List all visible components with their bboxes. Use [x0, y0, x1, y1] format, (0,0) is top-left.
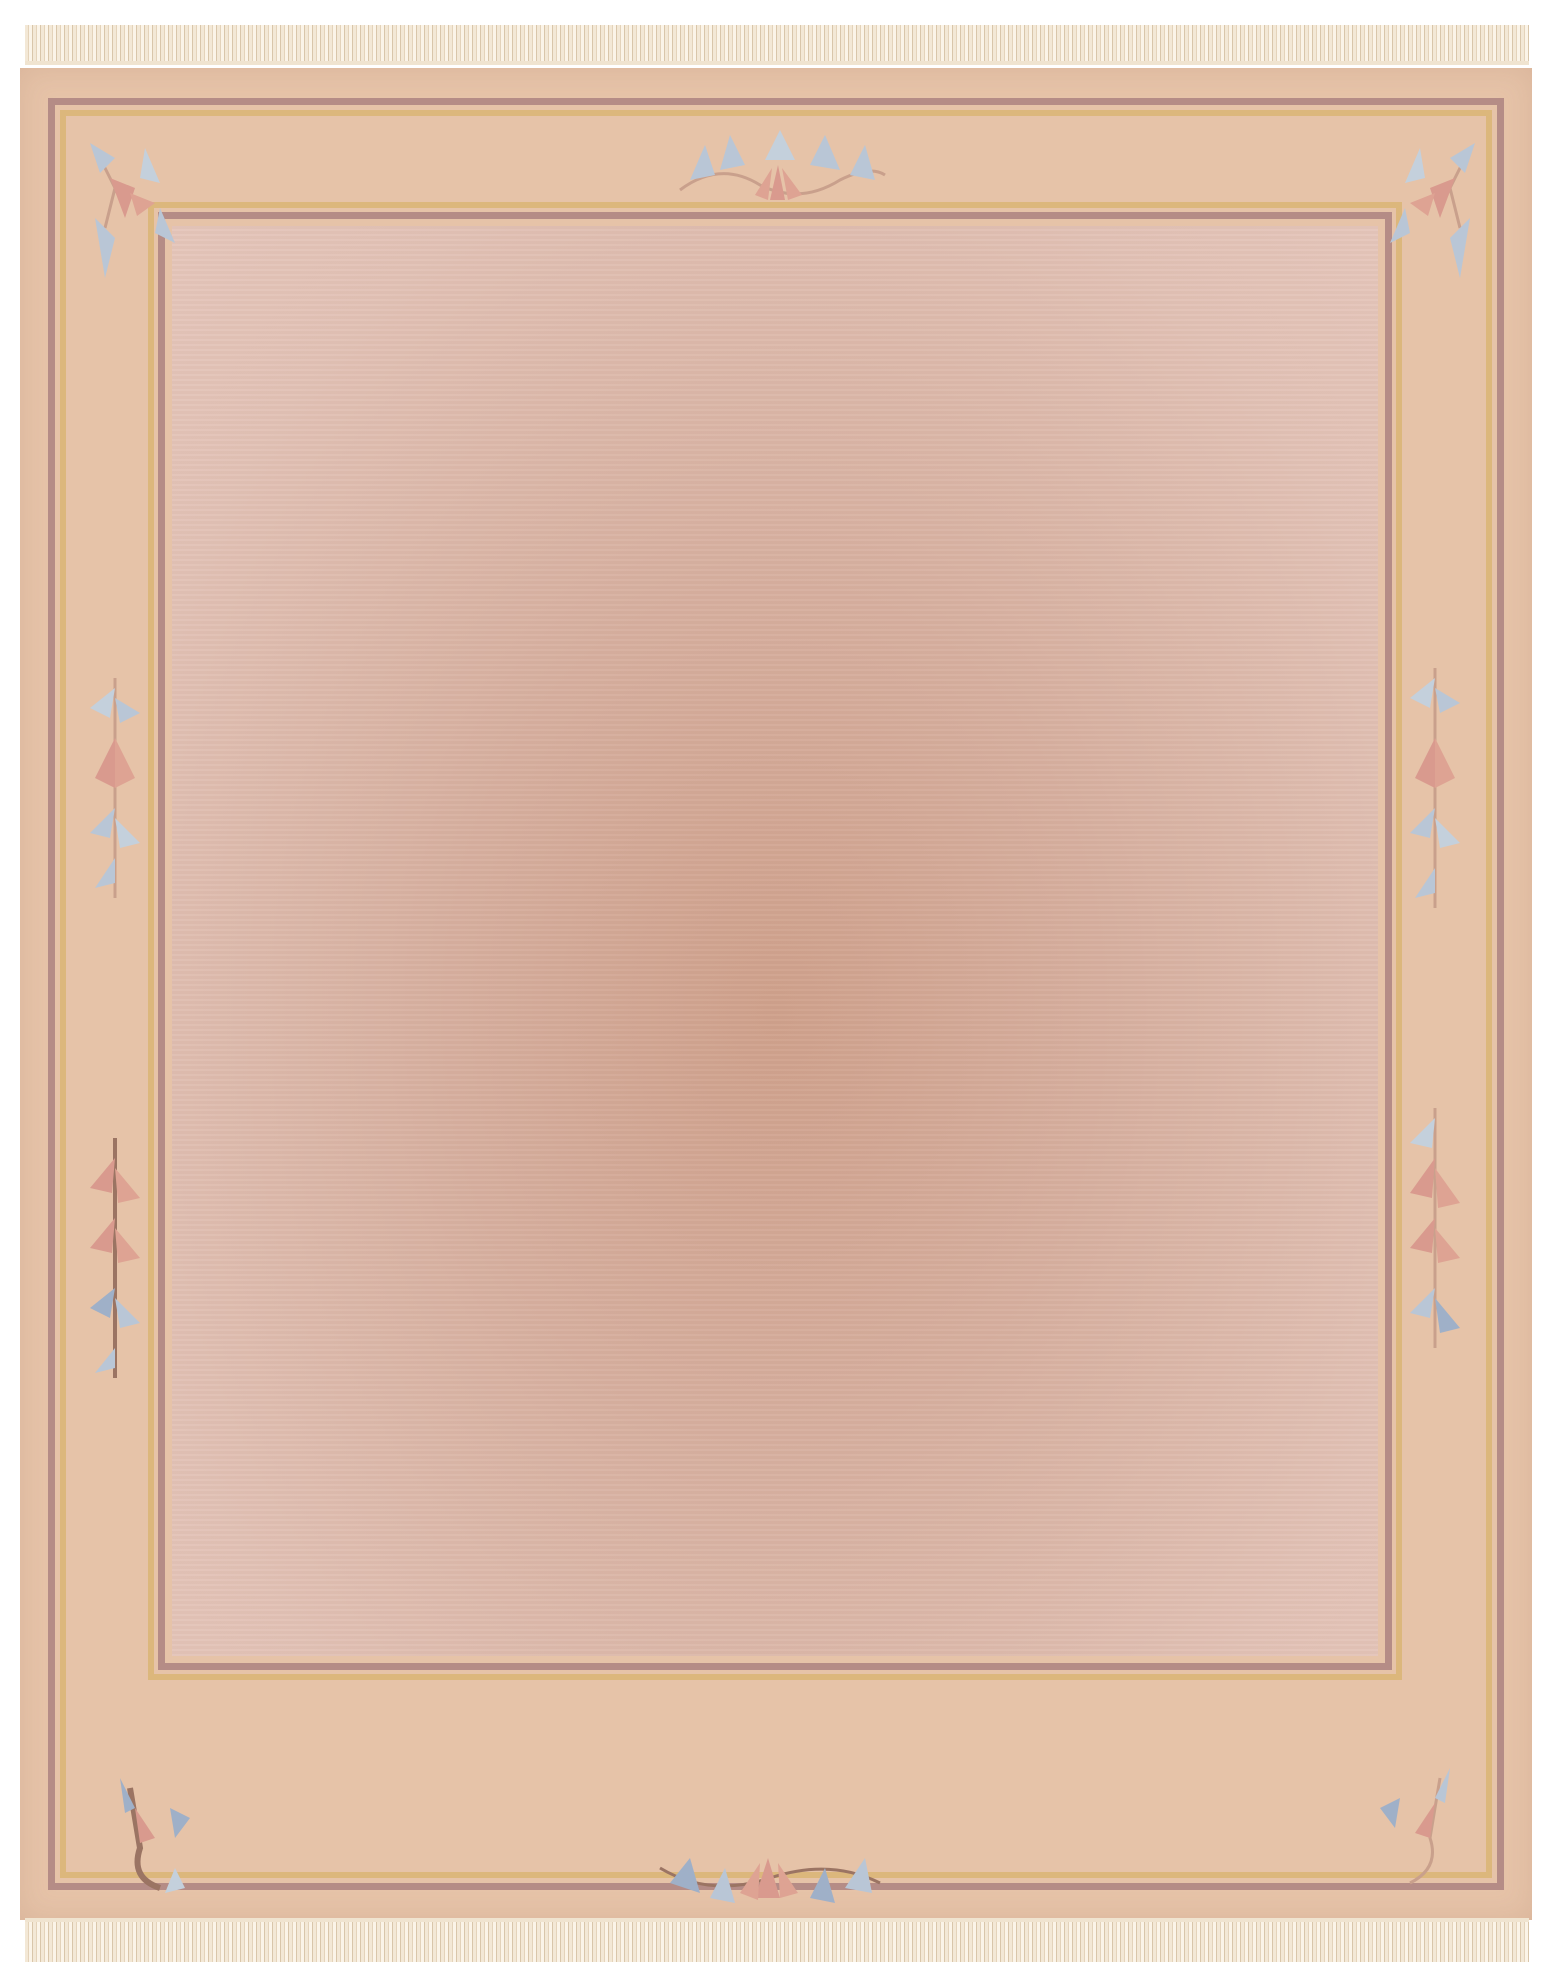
floral-motif-bottom-left	[80, 1768, 210, 1908]
floral-stem-left-lower	[70, 1128, 160, 1388]
floral-motif-top-center	[660, 120, 900, 210]
rug	[20, 68, 1532, 1920]
floral-motif-top-left	[75, 128, 195, 298]
product-photo	[0, 0, 1544, 1986]
floral-stem-left-upper	[70, 668, 160, 908]
floral-stem-right-upper	[1390, 658, 1480, 918]
bottom-fringe	[25, 1918, 1529, 1962]
floral-motif-bottom-center	[640, 1838, 900, 1928]
floral-motif-bottom-right	[1370, 1758, 1490, 1908]
top-fringe	[25, 25, 1529, 65]
floral-motif-top-right	[1370, 128, 1490, 298]
floral-stem-right-lower	[1390, 1098, 1480, 1358]
rug-field	[172, 226, 1378, 1656]
